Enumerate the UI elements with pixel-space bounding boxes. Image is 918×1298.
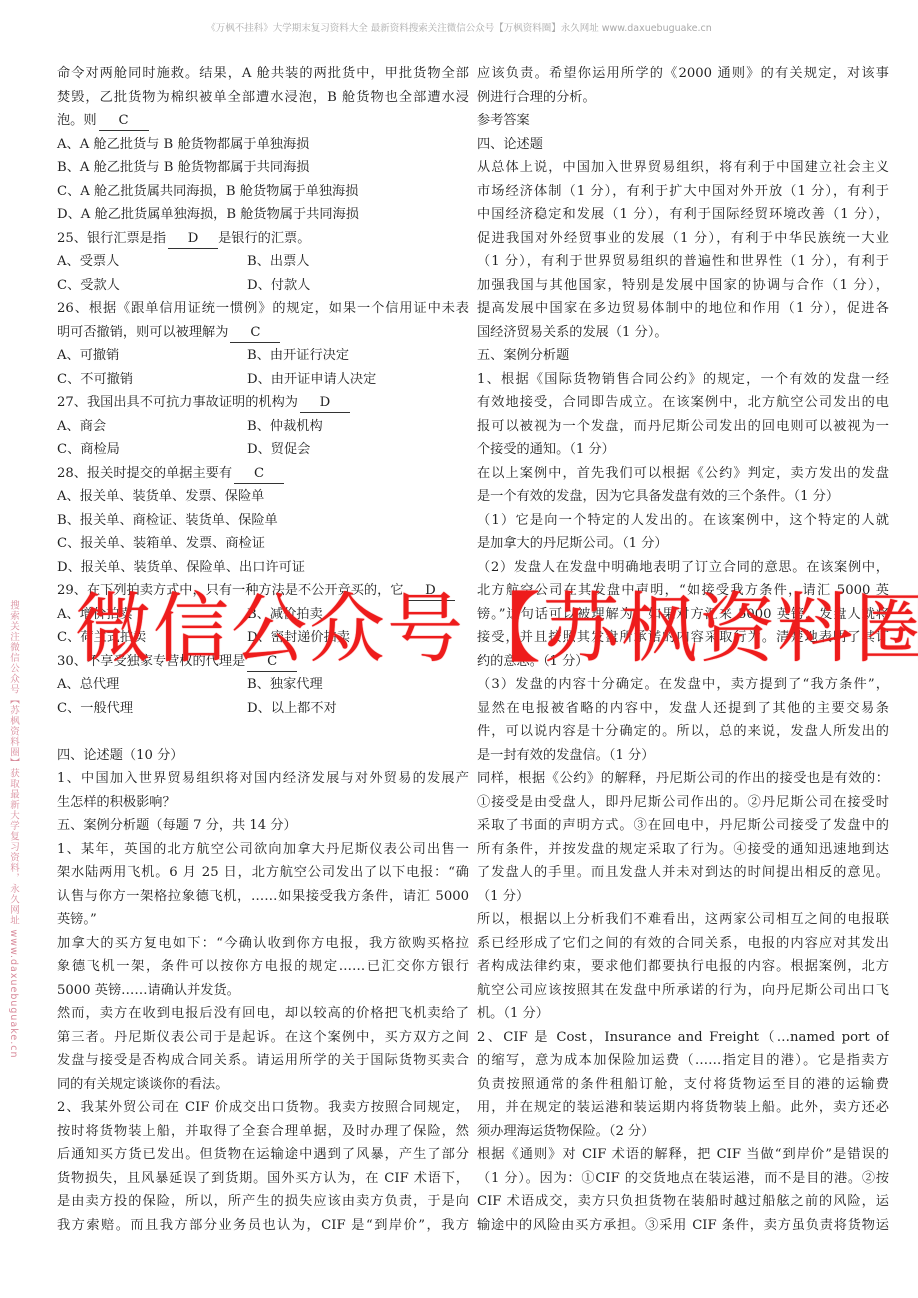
answer-text-line: 1、根据《国际货物销售合同公约》的规定，一个有效的发盘一经 [477,368,889,392]
text: 泡。则 [57,113,97,128]
answer-text-line: 应该负责。希望你运用所学的《2000 通则》的有关规定，对该事 [477,62,889,86]
option: C、A 舱乙批货属共同海损，B 舱货物属于单独海损 [57,180,469,204]
case-1-line: 5000 英镑……请确认并发货。 [57,979,469,1003]
option: C、一般代理 [57,697,247,721]
option: D、以上都不对 [247,697,437,721]
question-29: 29、在下列拍卖方式中，只有一种方法是不公开竞买的，它D [57,579,469,603]
answer-blank: D [168,230,218,249]
answer-text-line: 约的意思。（1 分） [477,650,889,674]
case-1-line: 发盘与接受是否构成合同关系。请运用所学的关于国际货物买卖合 [57,1049,469,1073]
option: A、商会 [57,415,247,439]
case-2-line: 后通知买方货已发出。但货物在运输途中遇到了风暴，产生了部分 [57,1143,469,1167]
answer-blank: C [99,112,149,131]
case-2-line: 2、我某外贸公司在 CIF 价成交出口货物。我卖方按照合同规定， [57,1096,469,1120]
text-line: 焚毁，乙批货物为棉织被单全部遭水浸泡，B 舱货物也全部遭水浸 [57,86,469,110]
question-26-cont: 明可否撤销，则可以被理解为C [57,321,469,345]
answer-text-line: 航空公司应该按照其在发盘中所承诺的行为，向丹尼斯公司出口飞 [477,979,889,1003]
option-row: A、受票人B、出票人 [57,250,469,274]
option: B、仲裁机构 [247,415,437,439]
option: B、减价拍卖 [247,603,437,627]
section-4-title: 四、论述题（10 分） [57,744,469,768]
option: D、由开证申请人决定 [247,368,437,392]
option-row: C、受款人D、付款人 [57,274,469,298]
option: A、报关单、装货单、发票、保险单 [57,485,469,509]
answer-blank: D [405,582,455,601]
answer-text-line: 加强我国与其他国家，特别是发展中国家的协调与合作（1 分）， [477,274,889,298]
answer-text-line: 机。（1 分） [477,1002,889,1026]
answer-text-line: （2）发盘人在发盘中明确地表明了订立合同的意思。在该案例中， [477,556,889,580]
option: A、增价拍卖 [57,603,247,627]
answer-text-line: 是一封有效的发盘信。（1 分） [477,744,889,768]
answer-text-line: 五、案例分析题 [477,344,889,368]
option: D、贸促会 [247,438,437,462]
answer-text-line: 同样，根据《公约》的解释，丹尼斯公司的作出的接受也是有效的： [477,767,889,791]
option-row: A、总代理B、独家代理 [57,673,469,697]
case-1-line: 英镑。” [57,908,469,932]
answer-text-line: 是一个有效的发盘，因为它具备发盘有效的三个条件。（1 分） [477,485,889,509]
answer-text-line: CIF 术语成交，卖方只负担货物在装船时越过船舷之前的风险，运 [477,1190,889,1214]
option: B、A 舱乙批货与 B 舱货物都属于共同海损 [57,156,469,180]
option: D、报关单、装货单、保险单、出口许可证 [57,556,469,580]
answer-blank: C [247,653,297,672]
answer-text-line: 例进行合理的分析。 [477,86,889,110]
answer-text-line: 促进我国对外经贸事业的发展（1 分），有利于中华民族统一大业 [477,227,889,251]
case-1-line: 然而，卖方在收到电报后没有回电，却以较高的价格把飞机卖给了 [57,1002,469,1026]
answer-text-line: 参考答案 [477,109,889,133]
option: D、付款人 [247,274,437,298]
answer-text-line: ①接受是由受盘人，即丹尼斯公司作出的。②丹尼斯公司在接受时 [477,791,889,815]
option: C、不可撤销 [57,368,247,392]
case-2-line: 货物损失，且风暴延误了到货期。国外买方认为，在 CIF 术语下， [57,1167,469,1191]
option: C、荷兰式拍卖 [57,626,247,650]
case-1-line: 象德飞机一架，条件可以按你方电报的规定……已汇交你方银行 [57,955,469,979]
option: C、受款人 [57,274,247,298]
answer-text-line: 提高发展中国家在多边贸易体制中的地位和作用（1 分），促进各 [477,297,889,321]
side-vertical-banner: 搜索关注微信公众号【苏枫资料圈】获取最新大学复习资料，永久网址 www.daxu… [6,600,20,1059]
answer-text-line: 市场经济体制（1 分），有利于扩大中国对外开放（1 分），有利于 [477,180,889,204]
answer-text-line: 中国经济稳定和发展（1 分），有利于国际经贸环境改善（1 分）， [477,203,889,227]
answer-text-line: （1 分），有利于世界贸易组织的普遍性和世界性（1 分），有利于 [477,250,889,274]
answer-text-line: （1 分） [477,885,889,909]
text: 25、银行汇票是指 [57,231,166,246]
option: D、A 舱乙批货属单独海损，B 舱货物属于共同海损 [57,203,469,227]
answer-text-line: 接受，并且按照其发盘所承诺的内容采取行为。清楚地表明了其订 [477,626,889,650]
question-24-stem-end: 泡。则C [57,109,469,133]
option-row: C、荷兰式拍卖D、密封递价拍卖 [57,626,469,650]
case-2-line: 按时将货物装上船，并取得了全套合理单据，及时办理了保险，然 [57,1120,469,1144]
answer-text-line: 个接受的通知。（1 分） [477,438,889,462]
text-line: 命令对两舱同时施救。结果，A 舱共装的两批货中，甲批货物全部 [57,62,469,86]
answer-text-line: （1）它是向一个特定的人发出的。在该案例中，这个特定的人就 [477,509,889,533]
text: 28、报关时提交的单据主要有 [57,466,232,481]
option: A、受票人 [57,250,247,274]
text: 30、不享受独家专营权的代理是 [57,654,245,669]
option-row: C、不可撤销D、由开证申请人决定 [57,368,469,392]
text: 明可否撤销，则可以被理解为 [57,325,228,340]
text: 27、我国出具不可抗力事故证明的机构为 [57,395,298,410]
answer-text-line: 北方航空公司在其发盘中声明，“如接受我方条件，请汇 5000 英 [477,579,889,603]
answer-text-line: 显然在电报被省略的内容中，发盘人还提到了其他的主要交易条 [477,697,889,721]
answer-text-line: 了发盘人的手里。而且发盘人并未对到达的时间提出相反的意见。 [477,861,889,885]
answer-text-line: 用，并在规定的装运港和装运期内将货物装上船。此外，卖方还必 [477,1096,889,1120]
answer-text-line: 输途中的风险由买方承担。③采用 CIF 条件，卖方虽负责将货物运 [477,1214,889,1238]
section-5-title: 五、案例分析题（每题 7 分，共 14 分） [57,814,469,838]
essay-question-cont: 生怎样的积极影响？ [57,791,469,815]
answer-text-line: 者构成法律约束，要求他们都要执行电报的内容。根据案例，北方 [477,955,889,979]
answer-text-line: 国经济贸易关系的发展（1 分）。 [477,321,889,345]
option-row: C、一般代理D、以上都不对 [57,697,469,721]
answer-blank: C [230,324,280,343]
case-1-line: 第三者。丹尼斯仪表公司于是起诉。在这个案例中，买方双方之间 [57,1026,469,1050]
answer-text-line: 须办理海运货物保险。（2 分） [477,1120,889,1144]
answer-text-line: 系已经形成了它们之间的有效的合同关系，电报的内容应对其发出 [477,932,889,956]
answer-text-line: 件，可以说内容是十分确定的。所以，总的来说，发盘人所发出的 [477,720,889,744]
option: C、报关单、装箱单、发票、商检证 [57,532,469,556]
option-row: A、可撤销B、由开证行决定 [57,344,469,368]
option: C、商检局 [57,438,247,462]
answer-text-line: （1 分）。因为：①CIF 的交货地点在装运港，而不是目的港。②按 [477,1167,889,1191]
essay-question: 1、中国加入世界贸易组织将对国内经济发展与对外贸易的发展产 [57,767,469,791]
case-1-line: 同的有关规定谈谈你的看法。 [57,1073,469,1097]
right-column: 应该负责。希望你运用所学的《2000 通则》的有关规定，对该事例进行合理的分析。… [477,62,889,1237]
answer-text-line: 采取了书面的声明方式。③在回电中，丹尼斯公司接受了发盘中的 [477,814,889,838]
answer-text-line: 所以，根据以上分析我们不难看出，这两家公司相互之间的电报联 [477,908,889,932]
question-28: 28、报关时提交的单据主要有C [57,462,469,486]
case-1-line: 1、某年，英国的北方航空公司欲向加拿大丹尼斯仪表公司出售一 [57,838,469,862]
answer-text-line: 的缩写，意为成本加保险加运费（……指定目的港）。它是指卖方 [477,1049,889,1073]
text: 29、在下列拍卖方式中，只有一种方法是不公开竞买的，它 [57,583,403,598]
question-26: 26、根据《跟单信用证统一惯例》的规定，如果一个信用证中未表 [57,297,469,321]
case-1-line: 认售与你方一架格拉象德飞机，……如果接受我方条件，请汇 5000 [57,885,469,909]
question-27: 27、我国出具不可抗力事故证明的机构为D [57,391,469,415]
answer-text-line: 有效地接受，合同即告成立。在该案例中，北方航空公司发出的电 [477,391,889,415]
case-2-line: 是由卖方投的保险，所以，所产生的损失应该由卖方负责，于是向 [57,1190,469,1214]
answer-blank: D [300,394,350,413]
case-2-line: 我方索赔。而且我方部分业务员也认为，CIF 是“到岸价”，我方 [57,1214,469,1238]
answer-text-line: 报可以被视为一个发盘，而丹尼斯公司发出的回电则可以被视为一 [477,415,889,439]
answer-text-line: 从总体上说，中国加入世界贸易组织，将有利于中国建立社会主义 [477,156,889,180]
option-row: A、商会B、仲裁机构 [57,415,469,439]
question-25: 25、银行汇票是指D是银行的汇票。 [57,227,469,251]
answer-text-line: 根据《通则》对 CIF 术语的解释，把 CIF 当做“到岸价”是错误的 [477,1143,889,1167]
option: B、由开证行决定 [247,344,437,368]
text: 是银行的汇票。 [218,231,310,246]
answer-text-line: 镑。”这句话可以被理解为，如果对方汇来 5000 英镑，发盘人就将 [477,603,889,627]
option-row: C、商检局D、贸促会 [57,438,469,462]
answer-text-line: 所有条件，并按发盘的规定采取了行为。④接受的通知迅速地到达 [477,838,889,862]
option: A、可撤销 [57,344,247,368]
left-column: 命令对两舱同时施救。结果，A 舱共装的两批货中，甲批货物全部 焚毁，乙批货物为棉… [57,62,469,1237]
spacer [57,720,469,744]
option-row: A、增价拍卖B、减价拍卖 [57,603,469,627]
case-1-line: 架水陆两用飞机。6 月 25 日，北方航空公司发出了以下电报：“确 [57,861,469,885]
answer-blank: C [234,465,284,484]
answer-text-line: 负责按照通常的条件租船订舱，支付将货物运至目的港的运输费 [477,1073,889,1097]
answer-text-line: （3）发盘的内容十分确定。在发盘中，卖方提到了“我方条件”， [477,673,889,697]
option: B、独家代理 [247,673,437,697]
answer-text-line: 2、CIF 是 Cost，Insurance and Freight（…name… [477,1026,889,1050]
case-1-line: 加拿大的买方复电如下：“今确认收到你方电报，我方欲购买格拉 [57,932,469,956]
answer-text-line: 是加拿大的丹尼斯公司。（1 分） [477,532,889,556]
answer-text-line: 在以上案例中，首先我们可以根据《公约》判定，卖方发出的发盘 [477,462,889,486]
answer-text-line: 四、论述题 [477,133,889,157]
option: B、报关单、商检证、装货单、保险单 [57,509,469,533]
option: A、总代理 [57,673,247,697]
page-header-banner: 《万枫不挂科》大学期末复习资料大全 最新资料搜索关注微信公众号【万枫资料圈】永久… [0,20,918,34]
question-30: 30、不享受独家专营权的代理是C [57,650,469,674]
option: D、密封递价拍卖 [247,626,437,650]
option: B、出票人 [247,250,437,274]
option: A、A 舱乙批货与 B 舱货物都属于单独海损 [57,133,469,157]
